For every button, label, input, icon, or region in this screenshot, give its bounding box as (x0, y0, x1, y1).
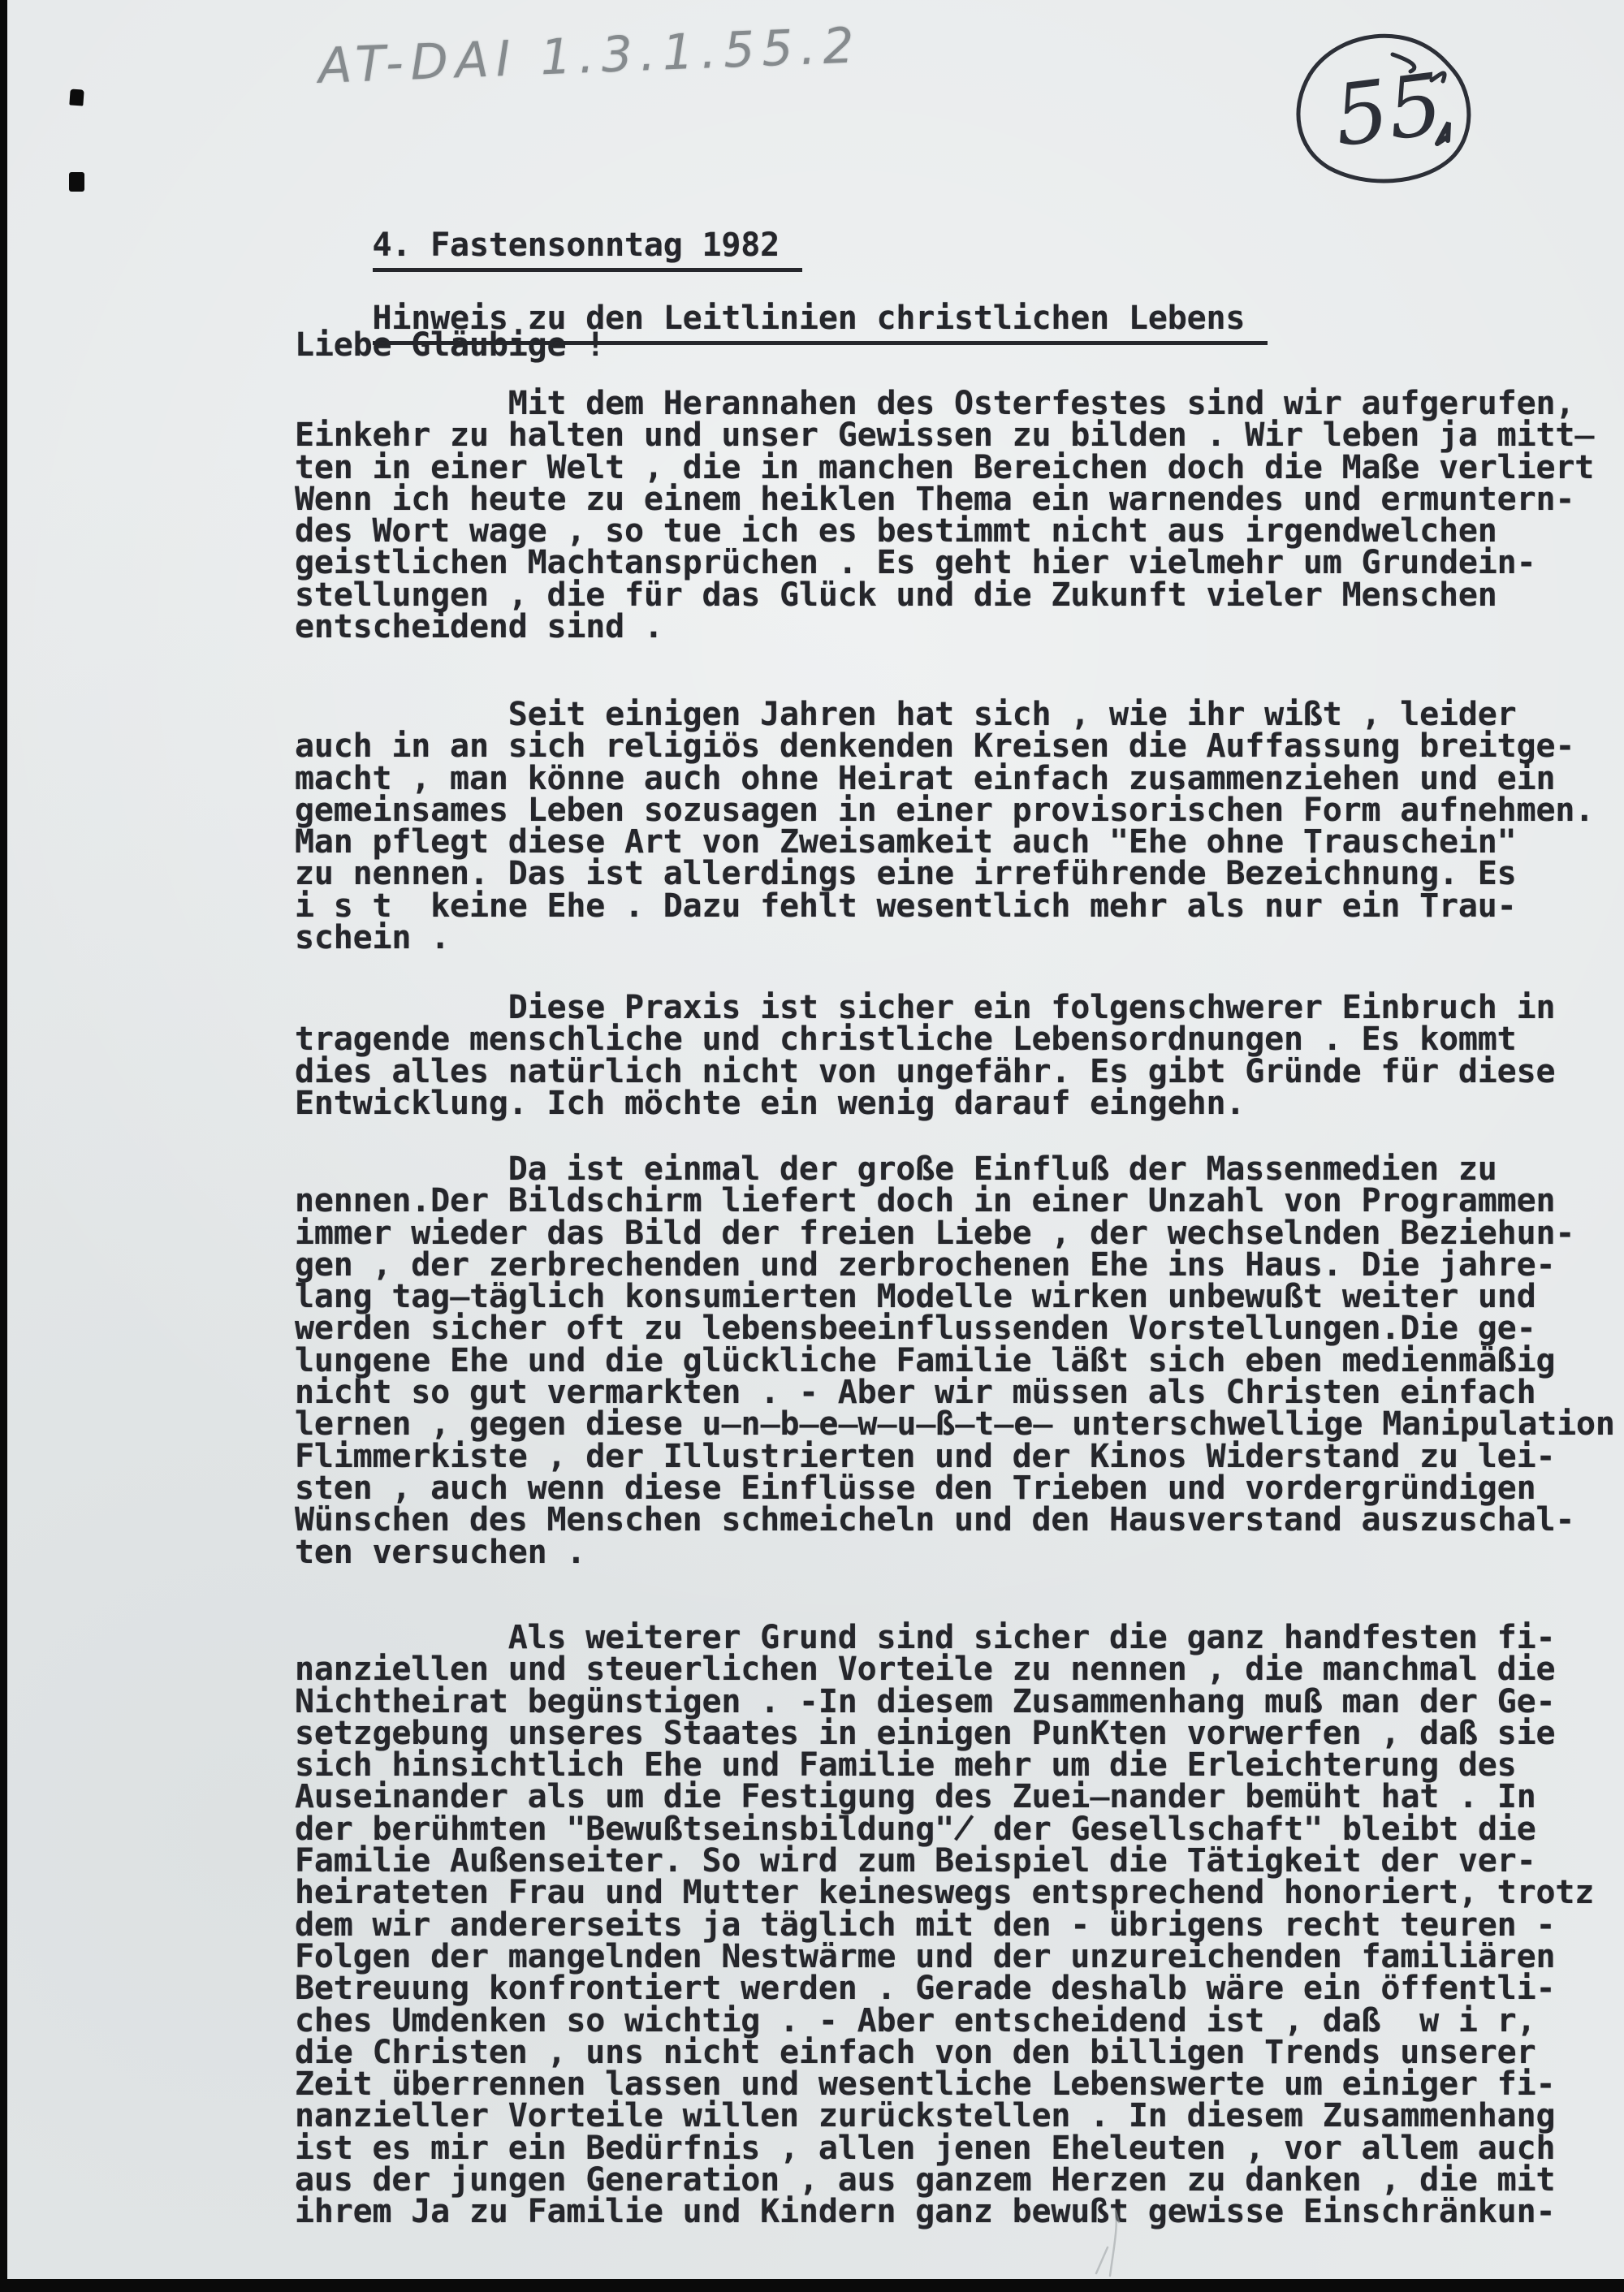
heading-text: 4. Fastensonntag 1982 (373, 230, 803, 271)
paragraph-2: Seit einigen Jahren hat sich , wie ihr w… (295, 699, 1594, 954)
paragraph-5: Als weiterer Grund sind sicher die ganz … (295, 1622, 1594, 2229)
paragraph-1: Mit dem Herannahen des Osterfestes sind … (295, 388, 1594, 643)
page-number-text: 55 (1329, 54, 1448, 166)
salutation: Liebe Gläubige ! (295, 330, 605, 361)
scanned-document-page: AT-DAI 1.3.1.55.2 55 4. Fastensonntag 19… (0, 0, 1624, 2292)
scan-edge-bottom (0, 2279, 1624, 2292)
pencil-stroke (1096, 2211, 1119, 2276)
paragraph-4: Da ist einmal der große Einfluß der Mass… (295, 1154, 1624, 1569)
scan-artifact-mark (69, 172, 84, 192)
page-number-circle-annotation: 55 (1271, 18, 1498, 196)
pencil-scribble-mark (1076, 2204, 1149, 2286)
paragraph-3: Diese Praxis ist sicher ein folgenschwer… (295, 992, 1555, 1120)
scan-artifact-mark (69, 88, 84, 106)
scan-edge-left (0, 0, 7, 2292)
archive-code-handwritten: AT-DAI 1.3.1.55.2 (317, 17, 862, 95)
